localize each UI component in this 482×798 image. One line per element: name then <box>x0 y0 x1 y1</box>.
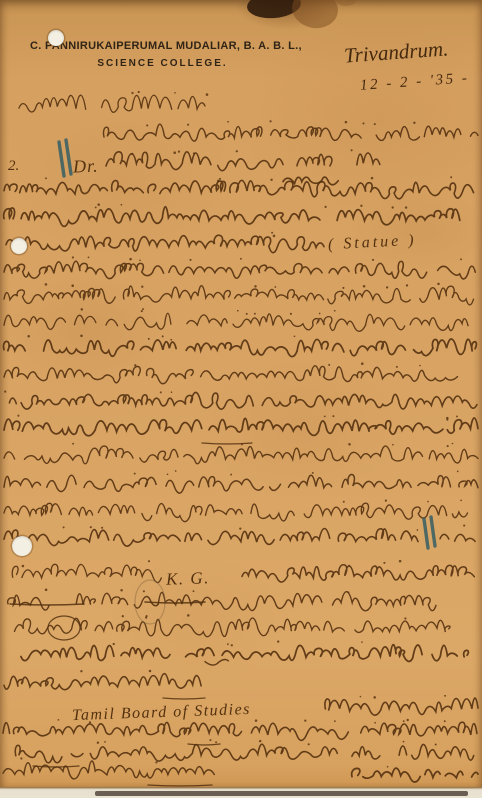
handwriting-dot <box>290 313 292 315</box>
handwriting-dot <box>407 719 409 721</box>
handwriting-line <box>19 95 205 112</box>
handwriting-dot <box>277 640 279 642</box>
handwriting-line <box>4 366 458 384</box>
handwriting-dot <box>72 443 74 445</box>
handwriting-dot <box>450 176 452 178</box>
handwriting-line <box>4 180 474 198</box>
handwriting-dot <box>413 122 415 124</box>
handwriting-dot <box>403 741 405 743</box>
handwriting-dot <box>97 742 99 744</box>
handwriting-dot <box>237 310 239 312</box>
handwriting-dot <box>304 719 306 721</box>
handwriting-dot <box>417 529 419 531</box>
handwriting-line <box>4 674 209 690</box>
handwriting-dot <box>90 526 92 528</box>
handwriting-line <box>12 564 161 582</box>
handwriting-dot <box>312 472 314 474</box>
page-below-shadow <box>95 791 468 796</box>
handwriting-dot <box>457 471 459 473</box>
handwriting-dot <box>227 643 229 645</box>
handwriting-english-fragment: 2. <box>8 158 19 175</box>
handwriting-dot <box>363 285 366 288</box>
handwriting-dot <box>273 235 276 238</box>
handwriting-dot <box>360 696 362 698</box>
handwriting-dot <box>361 362 364 365</box>
handwriting-line <box>4 261 475 279</box>
handwriting-line <box>6 235 324 252</box>
handwriting-dot <box>435 743 437 745</box>
handwriting-dot <box>193 590 195 592</box>
handwriting-dot <box>396 366 398 368</box>
handwriting-dot <box>444 695 446 697</box>
handwriting-layer <box>0 0 482 798</box>
handwriting-dot <box>254 285 256 287</box>
handwriting-line <box>4 474 478 493</box>
handwriting-dot <box>447 445 449 447</box>
handwriting-dot <box>271 232 273 234</box>
handwriting-dot <box>240 258 242 260</box>
handwriting-dot <box>227 121 229 123</box>
handwriting-line <box>106 152 389 171</box>
handwriting-dot <box>259 740 261 742</box>
handwriting-dot <box>362 122 364 124</box>
punch-hole <box>48 30 64 46</box>
handwriting-dot <box>17 415 19 417</box>
handwriting-line <box>8 592 436 611</box>
handwriting-dot <box>419 365 421 367</box>
handwriting-dot <box>274 286 276 288</box>
handwriting-dot <box>387 766 389 768</box>
handwriting-dot <box>334 310 336 312</box>
handwriting-underline <box>188 744 220 745</box>
handwriting-dot <box>437 283 440 286</box>
handwriting-line <box>325 698 478 715</box>
handwriting-dot <box>146 124 148 126</box>
handwriting-dot <box>139 259 141 261</box>
handwriting-dot <box>231 644 233 646</box>
handwriting-dot <box>403 720 405 722</box>
handwriting-dot <box>308 743 310 745</box>
handwriting-dot <box>131 153 133 155</box>
handwriting-underline <box>163 698 205 699</box>
handwriting-dot <box>254 313 256 315</box>
handwriting-dot <box>189 259 191 261</box>
handwriting-dot <box>141 286 143 288</box>
handwriting-line <box>4 446 478 464</box>
handwriting-dot <box>167 473 169 475</box>
handwriting-dot <box>392 206 394 208</box>
blue-pencil-tick-mark <box>66 140 71 174</box>
handwriting-dot <box>405 206 407 208</box>
handwriting-dot <box>371 177 374 180</box>
handwriting-dot <box>360 205 362 207</box>
handwriting-dot <box>246 313 248 315</box>
handwriting-line <box>4 207 460 227</box>
handwriting-dot <box>351 149 353 151</box>
handwriting-strikethrough <box>10 604 84 605</box>
handwriting-dot <box>4 391 6 393</box>
handwriting-dot <box>217 180 219 182</box>
handwriting-dot <box>187 124 189 126</box>
handwriting-dot <box>374 722 376 724</box>
handwriting-dot <box>374 123 376 125</box>
handwriting-line <box>4 503 468 521</box>
handwriting-line <box>4 286 474 305</box>
handwriting-dot <box>392 444 394 446</box>
handwriting-dot <box>319 313 321 315</box>
letter-page: C. PANNIRUKAIPERUMAL MUDALIAR, B. A. B. … <box>0 0 482 788</box>
handwriting-line <box>15 744 473 763</box>
handwriting-dot <box>239 527 241 529</box>
handwriting-dot <box>122 615 124 617</box>
handwriting-dot <box>348 565 350 567</box>
handwriting-english-fragment: Dr. <box>73 156 99 178</box>
handwriting-dot <box>155 761 157 763</box>
handwriting-line <box>205 660 228 665</box>
handwriting-dot <box>149 670 152 673</box>
handwriting-dot <box>463 525 465 527</box>
handwriting-dot <box>162 335 164 337</box>
handwriting-underline <box>33 766 79 767</box>
handwriting-line <box>352 768 478 782</box>
handwriting-dot <box>328 364 330 366</box>
handwriting-dot <box>347 591 349 593</box>
handwriting-dot <box>383 562 385 564</box>
handwriting-strikethrough <box>145 602 205 603</box>
handwriting-line <box>4 339 477 357</box>
handwriting-dot <box>427 501 429 503</box>
handwriting-dot <box>97 203 100 206</box>
handwriting-dot <box>334 720 336 722</box>
handwriting-dot <box>324 206 326 208</box>
handwriting-dot <box>230 474 232 476</box>
handwriting-dot <box>173 151 176 154</box>
handwriting-dot <box>148 338 150 340</box>
handwriting-dot <box>452 443 454 445</box>
handwriting-dot <box>209 739 211 741</box>
handwriting-dot <box>143 590 145 592</box>
blue-pencil-tick-mark <box>59 142 64 176</box>
handwriting-dot <box>88 256 90 258</box>
handwriting-dot <box>215 741 217 743</box>
handwriting-dot <box>386 286 388 288</box>
handwriting-dot <box>270 120 272 122</box>
handwriting-dot <box>343 501 345 503</box>
handwriting-dot <box>444 720 446 722</box>
handwriting-dot <box>460 500 462 502</box>
handwriting-dot <box>342 287 344 289</box>
handwriting-dot <box>361 641 363 643</box>
handwriting-dot <box>101 527 103 529</box>
handwriting-line <box>103 124 478 141</box>
handwriting-dot <box>120 589 123 592</box>
punch-hole <box>11 238 27 254</box>
handwriting-dot <box>178 150 180 152</box>
handwriting-line <box>21 645 468 662</box>
handwriting-dot <box>460 258 462 260</box>
handwriting-underline <box>148 785 212 786</box>
handwriting-dot <box>71 284 74 287</box>
handwriting-dot <box>45 283 48 286</box>
handwriting-dot <box>332 415 334 417</box>
handwriting-dot <box>95 206 97 208</box>
handwriting-dot <box>219 178 221 180</box>
handwriting-dot <box>406 284 408 286</box>
handwriting-line <box>4 529 418 547</box>
handwriting-dot <box>171 391 173 393</box>
handwriting-dot <box>138 91 140 93</box>
handwriting-dot <box>72 256 74 258</box>
handwriting-dot <box>45 177 47 179</box>
blue-pencil-tick-mark <box>431 517 435 546</box>
handwriting-dot <box>255 719 258 722</box>
handwriting-line <box>3 761 214 779</box>
handwriting-dot <box>170 339 172 341</box>
handwriting-dot <box>27 335 30 338</box>
handwriting-dot <box>80 670 82 672</box>
handwriting-dot <box>324 416 326 418</box>
handwriting-dot <box>148 560 150 562</box>
handwriting-dot <box>385 500 387 502</box>
handwriting-dot <box>20 757 22 759</box>
handwriting-line <box>9 392 477 409</box>
handwriting-dot <box>141 310 143 312</box>
handwriting-dot <box>446 417 449 420</box>
handwriting-dot <box>63 526 65 528</box>
handwriting-dot <box>45 589 48 592</box>
punch-hole <box>12 536 32 556</box>
blue-pencil-tick-mark <box>424 519 428 548</box>
handwriting-dot <box>187 614 190 617</box>
scanner-background <box>0 787 482 798</box>
handwriting-line <box>4 313 468 331</box>
handwriting-dot <box>345 121 348 124</box>
handwriting-dot <box>456 415 458 417</box>
handwriting-underline <box>202 443 252 444</box>
handwriting-dot <box>113 643 115 645</box>
handwriting-dot <box>270 179 272 181</box>
handwriting-dot <box>134 473 136 475</box>
handwriting-line <box>242 565 474 582</box>
handwriting-dot <box>372 259 374 261</box>
handwriting-dot <box>399 560 402 563</box>
handwriting-dot <box>193 152 195 154</box>
handwriting-line <box>440 534 475 541</box>
handwriting-dot <box>145 617 147 619</box>
handwriting-dot <box>22 565 25 568</box>
handwriting-dot <box>129 258 132 261</box>
handwriting-dot <box>80 335 83 338</box>
handwriting-dot <box>142 308 144 310</box>
handwriting-line <box>4 418 478 436</box>
handwriting-dot <box>131 92 133 94</box>
handwriting-dot <box>81 308 84 311</box>
handwriting-dot <box>134 364 136 366</box>
handwriting-dot <box>373 696 376 699</box>
handwriting-dot <box>236 150 238 152</box>
handwriting-dot <box>404 617 406 619</box>
handwriting-dot <box>175 470 177 472</box>
handwriting-dot <box>174 92 176 94</box>
handwriting-dot <box>348 443 351 446</box>
handwriting-dot <box>58 719 60 721</box>
handwriting-english-fragment: K. G. <box>166 569 211 591</box>
handwriting-dot <box>294 335 296 337</box>
handwriting-dot <box>160 391 162 393</box>
handwriting-dot <box>206 93 209 96</box>
handwriting-dot <box>121 204 123 206</box>
handwriting-dot <box>104 741 106 743</box>
